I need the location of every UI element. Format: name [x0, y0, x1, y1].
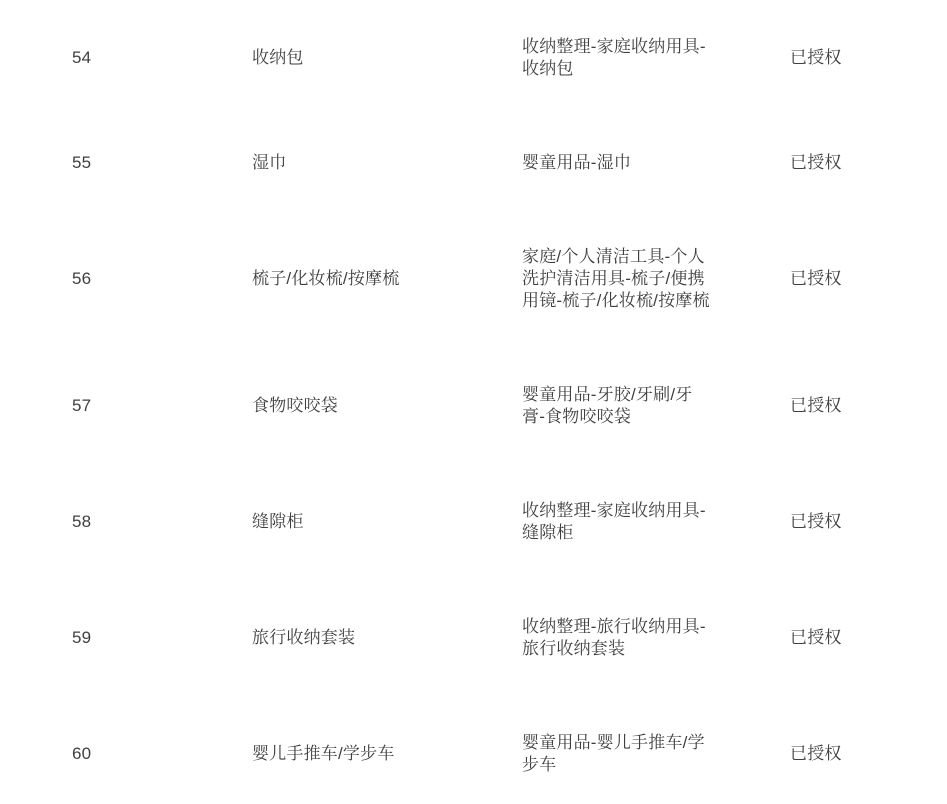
category-name: 湿巾 — [252, 116, 522, 210]
table-row: 54 收纳包 收纳整理-家庭收纳用具-收纳包 已授权 — [72, 0, 947, 116]
category-name: 梳子/化妆梳/按摩梳 — [252, 232, 522, 326]
category-path: 收纳整理-旅行收纳用具-旅行收纳套装 — [522, 580, 712, 696]
row-number: 60 — [72, 707, 252, 801]
row-number: 59 — [72, 591, 252, 685]
table-row: 55 湿巾 婴童用品-湿巾 已授权 — [72, 116, 947, 210]
category-path: 婴童用品-湿巾 — [522, 116, 712, 210]
category-authorization-table: 54 收纳包 收纳整理-家庭收纳用具-收纳包 已授权 55 湿巾 婴童用品-湿巾… — [0, 0, 947, 804]
row-number: 54 — [72, 11, 252, 105]
row-number: 57 — [72, 359, 252, 453]
category-path: 婴童用品-婴儿手推车/学步车 — [522, 696, 712, 804]
authorization-status: 已授权 — [790, 707, 947, 801]
authorization-status: 已授权 — [790, 359, 947, 453]
category-name: 收纳包 — [252, 11, 522, 105]
category-path: 收纳整理-家庭收纳用具-收纳包 — [522, 0, 712, 116]
table-row: 60 婴儿手推车/学步车 婴童用品-婴儿手推车/学步车 已授权 — [72, 696, 947, 804]
row-number: 56 — [72, 232, 252, 326]
category-name: 缝隙柜 — [252, 475, 522, 569]
category-name: 婴儿手推车/学步车 — [252, 707, 522, 801]
row-number: 55 — [72, 116, 252, 210]
category-name: 食物咬咬袋 — [252, 359, 522, 453]
category-path: 婴童用品-牙胶/牙刷/牙膏-食物咬咬袋 — [522, 348, 712, 464]
table-row: 57 食物咬咬袋 婴童用品-牙胶/牙刷/牙膏-食物咬咬袋 已授权 — [72, 348, 947, 464]
authorization-status: 已授权 — [790, 116, 947, 210]
table-row: 56 梳子/化妆梳/按摩梳 家庭/个人清洁工具-个人洗护清洁用具-梳子/便携用镜… — [72, 210, 947, 348]
authorization-status: 已授权 — [790, 11, 947, 105]
category-name: 旅行收纳套装 — [252, 591, 522, 685]
authorization-status: 已授权 — [790, 475, 947, 569]
table-row: 59 旅行收纳套装 收纳整理-旅行收纳用具-旅行收纳套装 已授权 — [72, 580, 947, 696]
table-row: 58 缝隙柜 收纳整理-家庭收纳用具-缝隙柜 已授权 — [72, 464, 947, 580]
authorization-status: 已授权 — [790, 591, 947, 685]
category-path: 收纳整理-家庭收纳用具-缝隙柜 — [522, 464, 712, 580]
authorization-status: 已授权 — [790, 232, 947, 326]
category-path: 家庭/个人清洁工具-个人洗护清洁用具-梳子/便携用镜-梳子/化妆梳/按摩梳 — [522, 210, 712, 348]
row-number: 58 — [72, 475, 252, 569]
